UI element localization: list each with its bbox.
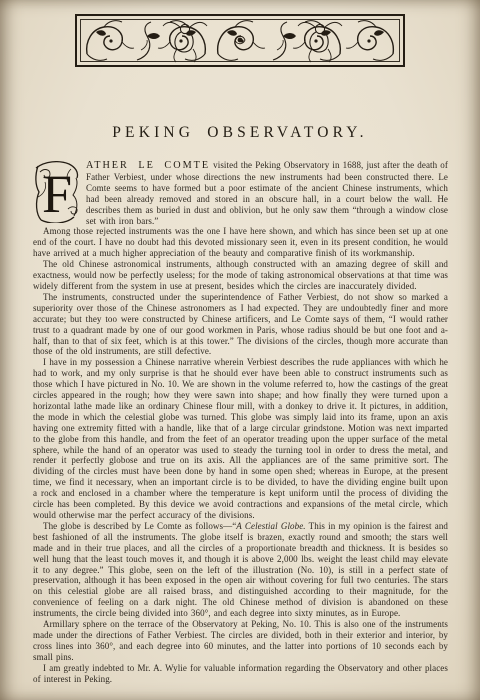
- lead-caps: ATHER LE COMTE: [86, 160, 210, 171]
- paragraph-text: This in my opinion is the fairest and be…: [33, 521, 448, 618]
- book-page: PEKING OBSERVATORY. F ATHER LE COMTE vis…: [0, 0, 480, 700]
- paragraph-celestial-globe: The globe is described by Le Comte as fo…: [33, 521, 448, 619]
- article-body: F ATHER LE COMTE visited the Peking Obse…: [33, 160, 448, 685]
- paragraph-verbiest-instruments: The instruments, constructed under the s…: [33, 292, 448, 357]
- drop-cap: F: [33, 161, 80, 223]
- paragraph-acknowledgement: I am greatly indebted to Mr. A. Wylie fo…: [33, 663, 448, 685]
- paragraph-chinese-narrative: I have in my possession a Chinese narrat…: [33, 357, 448, 521]
- drop-cap-f-icon: F: [33, 161, 80, 223]
- paragraph-old-instruments: The old Chinese astronomical instruments…: [33, 259, 448, 292]
- svg-text:F: F: [42, 164, 72, 223]
- paragraph-text: The globe is described by Le Comte as fo…: [43, 521, 236, 531]
- floral-engraving-icon: [75, 14, 405, 67]
- paragraph-opening: F ATHER LE COMTE visited the Peking Obse…: [33, 160, 448, 226]
- header-ornament: [75, 14, 405, 67]
- italic-phrase: A Celestial Globe.: [236, 521, 305, 531]
- paragraph-rejected-instruments: Among those rejected instruments was the…: [33, 226, 448, 259]
- paragraph-armillary-sphere: Armillary sphere on the terrace of the O…: [33, 619, 448, 663]
- page-title: PEKING OBSERVATORY.: [0, 124, 480, 142]
